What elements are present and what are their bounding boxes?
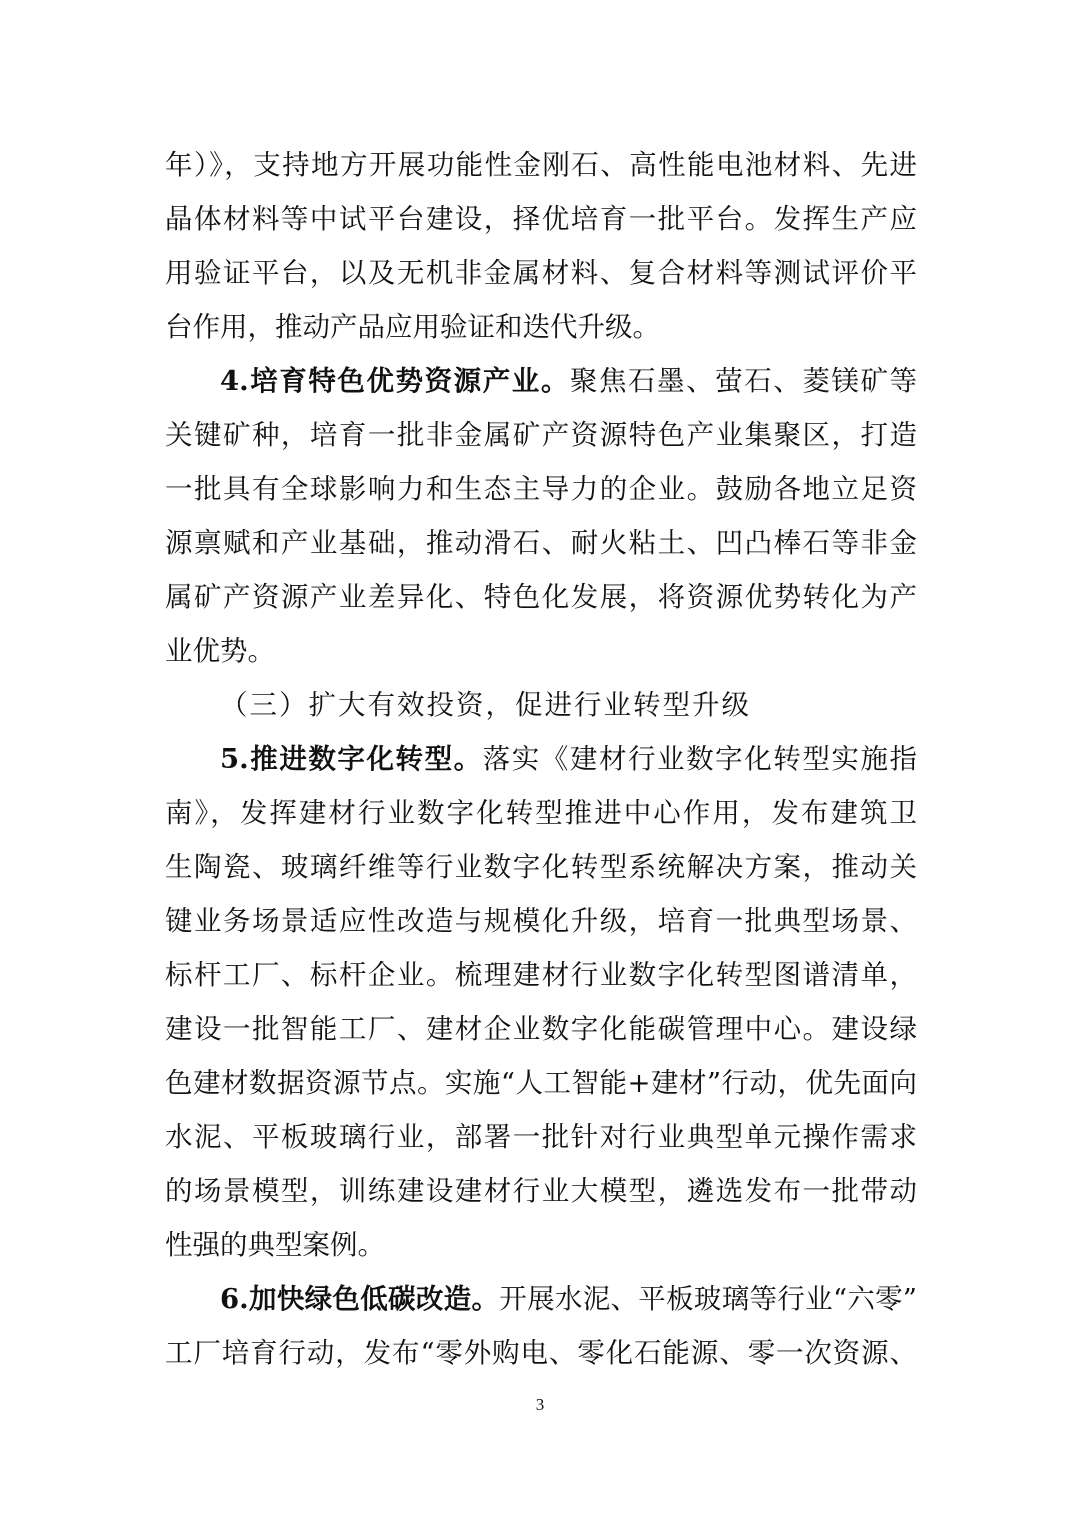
document-page: 年）》，支持地方开展功能性金刚石、高性能电池材料、先进 晶体材料等中试平台建设，… xyxy=(0,0,1080,1527)
text-line: 南》，发挥建材行业数字化转型推进中心作用，发布建筑卫 xyxy=(165,793,917,833)
text-line: 关键矿种，培育一批非金属矿产资源特色产业集聚区，打造 xyxy=(165,415,917,455)
text-line: 晶体材料等中试平台建设，择优培育一批平台。发挥生产应 xyxy=(165,199,917,239)
item-4-text: 聚焦石墨、萤石、菱镁矿等 xyxy=(570,365,917,397)
text-line: 标杆工厂、标杆企业。梳理建材行业数字化转型图谱清单， xyxy=(165,955,917,995)
text-line: 台作用，推动产品应用验证和迭代升级。 xyxy=(165,307,917,347)
text-line: 业优势。 xyxy=(165,631,917,671)
text-line: 属矿产资源产业差异化、特色化发展，将资源优势转化为产 xyxy=(165,577,917,617)
section-heading: （三）扩大有效投资，促进行业转型升级 xyxy=(220,685,751,725)
item-6-title: 6.加快绿色低碳改造。 xyxy=(220,1283,499,1315)
text-line: 性强的典型案例。 xyxy=(165,1225,917,1265)
item-4-first-line: 4.培育特色优势资源产业。聚焦石墨、萤石、菱镁矿等 xyxy=(220,361,917,401)
text-line: 键业务场景适应性改造与规模化升级，培育一批典型场景、 xyxy=(165,901,917,941)
item-6-first-line: 6.加快绿色低碳改造。开展水泥、平板玻璃等行业“六零” xyxy=(220,1279,917,1319)
text-line: 建设一批智能工厂、建材企业数字化能碳管理中心。建设绿 xyxy=(165,1009,917,1049)
text-line: 生陶瓷、玻璃纤维等行业数字化转型系统解决方案，推动关 xyxy=(165,847,917,887)
page-number: 3 xyxy=(0,1395,1080,1415)
text-line: 工厂培育行动，发布“零外购电、零化石能源、零一次资源、 xyxy=(165,1333,917,1373)
text-line: 年）》，支持地方开展功能性金刚石、高性能电池材料、先进 xyxy=(165,145,917,185)
text-line: 的场景模型，训练建设建材行业大模型，遴选发布一批带动 xyxy=(165,1171,917,1211)
item-5-first-line: 5.推进数字化转型。落实《建材行业数字化转型实施指 xyxy=(220,739,917,779)
text-line: 一批具有全球影响力和生态主导力的企业。鼓励各地立足资 xyxy=(165,469,917,509)
item-4-title: 4.培育特色优势资源产业。 xyxy=(220,365,570,397)
item-5-title: 5.推进数字化转型。 xyxy=(220,743,483,775)
text-line: 用验证平台，以及无机非金属材料、复合材料等测试评价平 xyxy=(165,253,917,293)
text-line: 色建材数据资源节点。实施“人工智能+建材”行动，优先面向 xyxy=(165,1063,917,1103)
text-line: 源禀赋和产业基础，推动滑石、耐火粘土、凹凸棒石等非金 xyxy=(165,523,917,563)
text-line: 水泥、平板玻璃行业，部署一批针对行业典型单元操作需求 xyxy=(165,1117,917,1157)
item-6-text: 开展水泥、平板玻璃等行业“六零” xyxy=(499,1283,917,1315)
item-5-text: 落实《建材行业数字化转型实施指 xyxy=(483,743,917,775)
